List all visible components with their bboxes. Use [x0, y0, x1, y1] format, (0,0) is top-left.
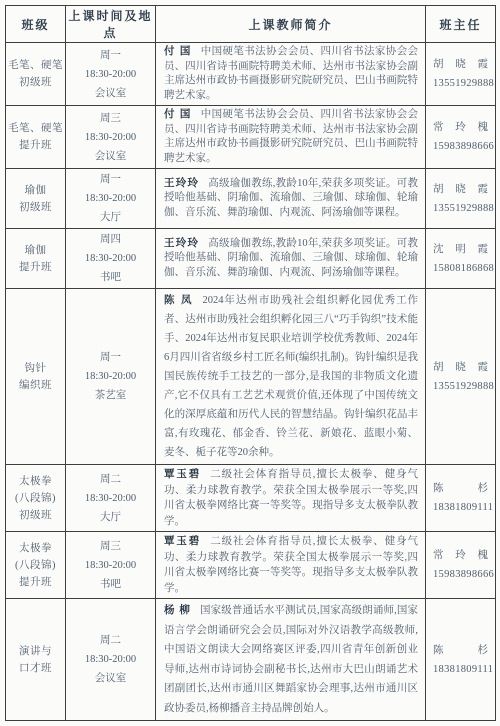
class-day: 周二	[67, 470, 154, 489]
teacher-description: 中国硬笔书法协会会员、四川省书法家协会会员、四川省诗书画院特聘美术师、达州市书法…	[164, 46, 418, 101]
teacher-name: 付 国	[164, 46, 192, 57]
class-schedule-table: 班级 上课时间及地点 上课教师简介 班主任 毛笔、硬笔 初级班 周一 18:30…	[5, 5, 496, 721]
header-teacher-intro: 上课教师简介	[156, 6, 426, 43]
schedule-sheet: 班级 上课时间及地点 上课教师简介 班主任 毛笔、硬笔 初级班 周一 18:30…	[0, 0, 500, 726]
advisor-cell: 陈杉 18381809111	[426, 465, 496, 532]
header-time-location: 上课时间及地点	[66, 6, 156, 43]
class-name-cell: 毛笔、硬笔 初级班	[6, 43, 66, 106]
advisor-name: 陈杉	[433, 481, 488, 496]
class-day: 周一	[67, 348, 154, 367]
schedule-cell: 周二 18:30-20:00 大厅	[66, 465, 156, 532]
class-location: 大厅	[67, 208, 154, 227]
teacher-description: 高级瑜伽教练,教龄10年,荣获多项奖证。可教授哈他基础、阴瑜伽、流瑜伽、三瑜伽、…	[164, 238, 418, 278]
advisor-cell: 胡晓霞 13551929888	[426, 169, 496, 229]
teacher-name: 王玲玲	[164, 178, 199, 189]
teacher-name: 覃玉碧	[164, 469, 201, 480]
class-location: 会议室	[67, 669, 154, 688]
class-time: 18:30-20:00	[67, 65, 154, 84]
class-name-cell: 太极拳 (八段锦) 提升班	[6, 532, 66, 599]
teacher-intro-cell: 付 国中国硬笔书法协会会员、四川省书法家协会会员、四川省诗书画院特聘美术师、达州…	[156, 43, 426, 106]
class-location: 大厅	[67, 508, 154, 527]
class-day: 周一	[67, 170, 154, 189]
teacher-description: 二级社会体育指导员,擅长太极拳、健身气功、柔力球教育教学。荣获全国太极拳展示一等…	[164, 536, 418, 594]
advisor-name: 胡晓霞	[433, 360, 488, 375]
class-name-line: 口才班	[7, 660, 64, 677]
class-name-cell: 瑜伽 提升班	[6, 229, 66, 289]
schedule-cell: 周三 18:30-20:00 会议室	[66, 106, 156, 169]
schedule-cell: 周一 18:30-20:00 茶艺室	[66, 289, 156, 465]
class-name-line: 毛笔、硬笔	[7, 57, 64, 74]
class-name-line: (八段锦)	[7, 557, 64, 574]
schedule-cell: 周一 18:30-20:00 大厅	[66, 169, 156, 229]
table-row: 太极拳 (八段锦) 提升班 周三 18:30-20:00 书吧 覃玉碧二级社会体…	[6, 532, 496, 599]
advisor-cell: 常玲槐 15983898666	[426, 106, 496, 169]
class-location: 会议室	[67, 147, 154, 166]
teacher-intro-cell: 覃玉碧二级社会体育指导员,擅长太极拳、健身气功、柔力球教育教学。荣获全国太极拳展…	[156, 465, 426, 532]
class-name-line: 演讲与	[7, 643, 64, 660]
advisor-phone: 18381809111	[433, 501, 488, 515]
table-row: 演讲与 口才班 周二 18:30-20:00 会议室 杨 柳国家级普通话水平测试…	[6, 599, 496, 721]
class-day: 周二	[67, 631, 154, 650]
teacher-description: 高级瑜伽教练,教龄10年,荣获多项奖证。可教授哈他基础、阴瑜伽、流瑜伽、三瑜伽、…	[164, 178, 418, 218]
class-name-cell: 太极拳 (八段锦) 初级班	[6, 465, 66, 532]
header-row: 班级 上课时间及地点 上课教师简介 班主任	[6, 6, 496, 43]
class-name-line: 太极拳	[7, 473, 64, 490]
class-location: 书吧	[67, 575, 154, 594]
class-day: 周一	[67, 46, 154, 65]
schedule-cell: 周三 18:30-20:00 书吧	[66, 532, 156, 599]
class-name-line: 瑜伽	[7, 182, 64, 199]
class-time: 18:30-20:00	[67, 650, 154, 669]
advisor-phone: 13551929888	[433, 77, 488, 91]
advisor-phone: 15983898666	[433, 568, 488, 582]
advisor-phone: 15808186868	[433, 262, 488, 276]
class-name-cell: 瑜伽 初级班	[6, 169, 66, 229]
advisor-cell: 陈杉 18381809111	[426, 599, 496, 721]
class-name-cell: 钩针 编织班	[6, 289, 66, 465]
teacher-description: 二级社会体育指导员,擅长太极拳、健身气功、柔力球教育教学。荣获全国太极拳展示一等…	[164, 469, 418, 527]
schedule-cell: 周四 18:30-20:00 书吧	[66, 229, 156, 289]
class-name-cell: 毛笔、硬笔 提升班	[6, 106, 66, 169]
class-name-line: 初级班	[7, 74, 64, 91]
class-name-line: 瑜伽	[7, 242, 64, 259]
schedule-cell: 周一 18:30-20:00 会议室	[66, 43, 156, 106]
class-day: 周三	[67, 109, 154, 128]
advisor-cell: 沈明霞 15808186868	[426, 229, 496, 289]
advisor-cell: 常玲槐 15983898666	[426, 532, 496, 599]
teacher-description: 中国硬笔书法协会会员、四川省书法家协会会员、四川省诗书画院特聘美术师、达州市书法…	[164, 109, 418, 164]
advisor-name: 常玲槐	[433, 120, 488, 135]
class-name-line: 太极拳	[7, 540, 64, 557]
class-name-line: 提升班	[7, 137, 64, 154]
class-name-line: 提升班	[7, 259, 64, 276]
advisor-phone: 15983898666	[433, 140, 488, 154]
class-time: 18:30-20:00	[67, 189, 154, 208]
teacher-name: 覃玉碧	[164, 536, 201, 547]
class-location: 书吧	[67, 268, 154, 287]
class-name-line: 提升班	[7, 574, 64, 591]
header-class: 班级	[6, 6, 66, 43]
schedule-cell: 周二 18:30-20:00 会议室	[66, 599, 156, 721]
class-time: 18:30-20:00	[67, 556, 154, 575]
teacher-intro-cell: 杨 柳国家级普通话水平测试员,国家高级朗诵师,国家语言学会朗诵研究会会员,国际对…	[156, 599, 426, 721]
advisor-name: 胡晓霞	[433, 57, 488, 72]
advisor-name: 胡晓霞	[433, 182, 488, 197]
class-day: 周三	[67, 537, 154, 556]
teacher-intro-cell: 覃玉碧二级社会体育指导员,擅长太极拳、健身气功、柔力球教育教学。荣获全国太极拳展…	[156, 532, 426, 599]
class-time: 18:30-20:00	[67, 489, 154, 508]
class-name-cell: 演讲与 口才班	[6, 599, 66, 721]
teacher-intro-cell: 王玲玲高级瑜伽教练,教龄10年,荣获多项奖证。可教授哈他基础、阴瑜伽、流瑜伽、三…	[156, 169, 426, 229]
advisor-name: 沈明霞	[433, 242, 488, 257]
advisor-phone: 18381809111	[433, 663, 488, 677]
class-name-line: 初级班	[7, 199, 64, 216]
advisor-phone: 13551929888	[433, 202, 488, 216]
teacher-description: 国家级普通话水平测试员,国家高级朗诵师,国家语言学会朗诵研究会会员,国际对外汉语…	[164, 605, 418, 714]
teacher-name: 王玲玲	[164, 238, 199, 249]
table-row: 瑜伽 提升班 周四 18:30-20:00 书吧 王玲玲高级瑜伽教练,教龄10年…	[6, 229, 496, 289]
class-time: 18:30-20:00	[67, 367, 154, 386]
table-row: 钩针 编织班 周一 18:30-20:00 茶艺室 陈 凤2024年达州市助残社…	[6, 289, 496, 465]
teacher-name: 陈 凤	[164, 295, 193, 306]
class-name-line: 编织班	[7, 377, 64, 394]
class-location: 茶艺室	[67, 386, 154, 405]
table-row: 毛笔、硬笔 提升班 周三 18:30-20:00 会议室 付 国中国硬笔书法协会…	[6, 106, 496, 169]
class-name-line: 初级班	[7, 507, 64, 524]
advisor-phone: 13551929888	[433, 380, 488, 394]
teacher-intro-cell: 王玲玲高级瑜伽教练,教龄10年,荣获多项奖证。可教授哈他基础、阴瑜伽、流瑜伽、三…	[156, 229, 426, 289]
advisor-cell: 胡晓霞 13551929888	[426, 43, 496, 106]
teacher-intro-cell: 付 国中国硬笔书法协会会员、四川省书法家协会会员、四川省诗书画院特聘美术师、达州…	[156, 106, 426, 169]
advisor-cell: 胡晓霞 13551929888	[426, 289, 496, 465]
header-advisor: 班主任	[426, 6, 496, 43]
teacher-intro-cell: 陈 凤2024年达州市助残社会组织孵化园优秀工作者、达州市助残社会组织孵化园三八…	[156, 289, 426, 465]
table-row: 毛笔、硬笔 初级班 周一 18:30-20:00 会议室 付 国中国硬笔书法协会…	[6, 43, 496, 106]
advisor-name: 常玲槐	[433, 548, 488, 563]
teacher-description: 2024年达州市助残社会组织孵化园优秀工作者、达州市助残社会组织孵化园三八“巧手…	[164, 295, 418, 458]
teacher-name: 杨 柳	[164, 605, 191, 616]
class-name-line: 钩针	[7, 360, 64, 377]
class-time: 18:30-20:00	[67, 128, 154, 147]
class-name-line: 毛笔、硬笔	[7, 120, 64, 137]
table-row: 瑜伽 初级班 周一 18:30-20:00 大厅 王玲玲高级瑜伽教练,教龄10年…	[6, 169, 496, 229]
advisor-name: 陈杉	[433, 643, 488, 658]
class-name-line: (八段锦)	[7, 490, 64, 507]
class-location: 会议室	[67, 84, 154, 103]
table-row: 太极拳 (八段锦) 初级班 周二 18:30-20:00 大厅 覃玉碧二级社会体…	[6, 465, 496, 532]
teacher-name: 付 国	[164, 109, 192, 120]
class-time: 18:30-20:00	[67, 249, 154, 268]
class-day: 周四	[67, 230, 154, 249]
